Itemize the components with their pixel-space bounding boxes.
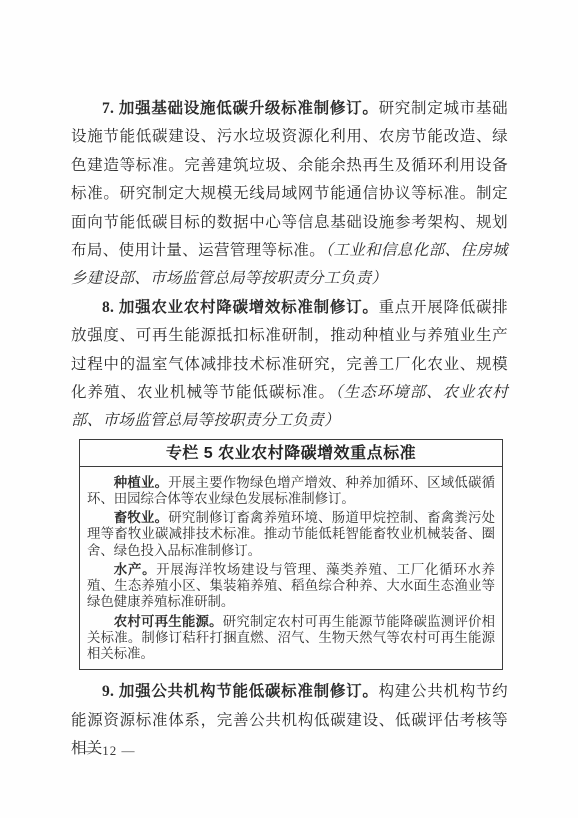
paragraph-9: 9. 加强公共机构节能低碳标准制修订。构建公共机构节约能源资源标准体系，完善公共… [71,678,508,763]
paragraph-7: 7. 加强基础设施低碳升级标准制修订。研究制定城市基础设施节能低碳建设、污水垃圾… [71,95,508,294]
box-item-rural-renewables: 农村可再生能源。研究制定农村可再生能源节能降碳监测评价相关标准。制修订秸秆打捆直… [87,611,495,663]
callout-box-body: 种植业。开展主要作物绿色增产增效、种养加循环、区域低碳循环、田园综合体等农业绿色… [80,467,502,669]
paragraph-8: 8. 加强农业农村降碳增效标准制修订。重点开展降低碳排放强度、可再生能源抵扣标准… [71,294,508,436]
box-item-aquaculture: 水产。开展海洋牧场建设与管理、藻类养殖、工厂化循环水养殖、生态养殖小区、集装箱养… [87,559,495,611]
box-item-planting: 种植业。开展主要作物绿色增产增效、种养加循环、区域低碳循环、田园综合体等农业绿色… [87,472,495,507]
box-item-planting-lead: 种植业。 [114,475,169,490]
callout-box-title: 专栏 5 农业农村降碳增效重点标准 [80,440,502,467]
page-number: — 12 — [84,743,136,759]
paragraph-7-lead: 7. 加强基础设施低碳升级标准制修订。 [102,100,379,117]
box-item-livestock-lead: 畜牧业。 [114,510,169,525]
document-page: 7. 加强基础设施低碳升级标准制修订。研究制定城市基础设施节能低碳建设、污水垃圾… [0,0,578,818]
box-item-livestock: 畜牧业。研究制修订畜禽养殖环境、肠道甲烷控制、畜禽粪污处理等畜牧业碳减排技术标准… [87,507,495,559]
box-item-rural-renewables-lead: 农村可再生能源。 [114,614,223,629]
box-item-aquaculture-lead: 水产。 [114,562,156,577]
callout-box-column-5: 专栏 5 农业农村降碳增效重点标准 种植业。开展主要作物绿色增产增效、种养加循环… [79,439,503,670]
paragraph-7-body: 研究制定城市基础设施节能低碳建设、污水垃圾资源化利用、农房节能改造、绿色建造等标… [71,100,508,259]
paragraph-8-lead: 8. 加强农业农村降碳增效标准制修订。 [102,299,379,316]
document-content: 7. 加强基础设施低碳升级标准制修订。研究制定城市基础设施节能低碳建设、污水垃圾… [71,95,508,763]
paragraph-9-lead: 9. 加强公共机构节能低碳标准制修订。 [102,683,379,700]
